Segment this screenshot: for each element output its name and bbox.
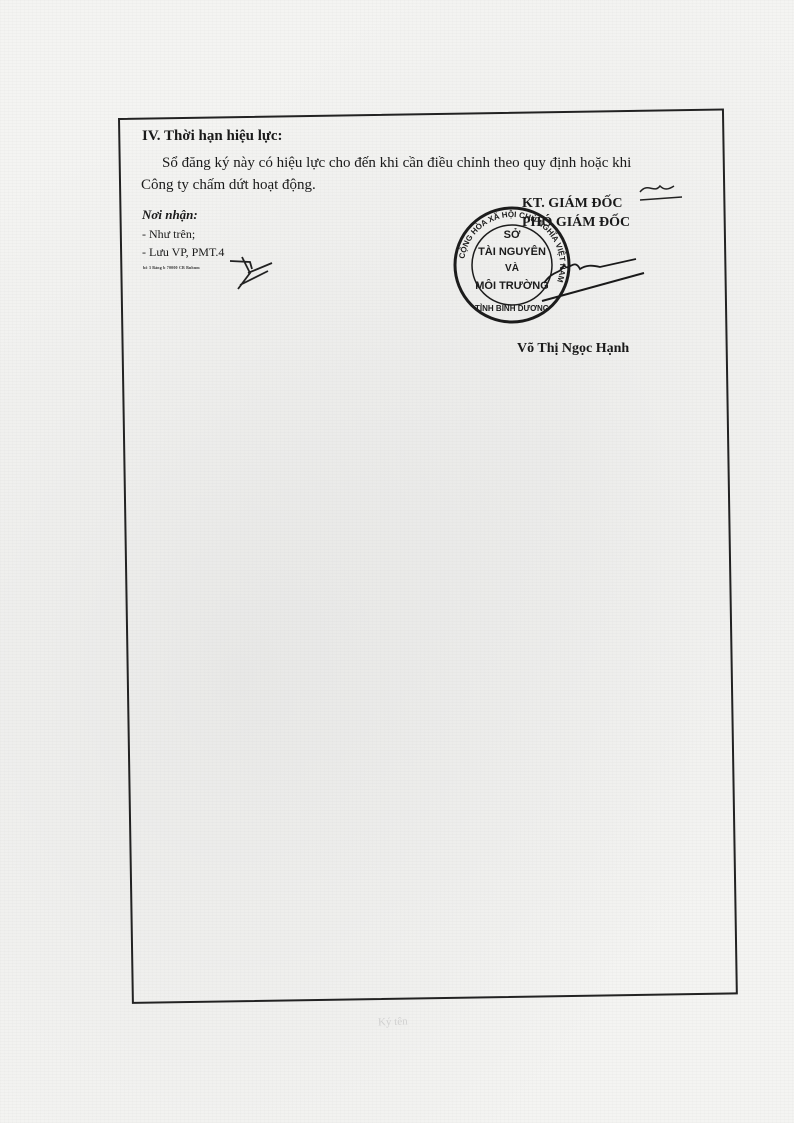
section-heading: IV. Thời hạn hiệu lực: xyxy=(142,128,283,145)
svg-text:MÔI TRƯỜNG: MÔI TRƯỜNG xyxy=(475,279,549,292)
svg-text:VÀ: VÀ xyxy=(505,261,519,274)
validity-text-line2: Công ty chấm dứt hoạt động. xyxy=(141,177,316,194)
bleed-through-text: Ký tên xyxy=(378,1015,408,1028)
svg-text:SỞ: SỞ xyxy=(504,228,521,241)
initials-mark-icon xyxy=(228,255,278,295)
recipients-title: Nơi nhận: xyxy=(142,207,198,223)
validity-text-line1: Sổ đăng ký này có hiệu lực cho đến khi c… xyxy=(162,155,631,172)
recipient-item: - Lưu VP, PMT.4 xyxy=(142,245,224,260)
initial-flourish-icon xyxy=(636,180,686,210)
recipient-item: - Như trên; xyxy=(142,227,195,242)
signature-icon xyxy=(540,245,650,305)
document-frame xyxy=(118,108,738,1003)
svg-text:TỈNH BÌNH DƯƠNG: TỈNH BÌNH DƯƠNG xyxy=(475,304,549,313)
footer-code: bô 3 Bảng b 70000 CB Bnhum xyxy=(143,265,200,270)
signer-name: Võ Thị Ngọc Hạnh xyxy=(517,341,629,357)
svg-text:TÀI NGUYÊN: TÀI NGUYÊN xyxy=(478,245,546,258)
